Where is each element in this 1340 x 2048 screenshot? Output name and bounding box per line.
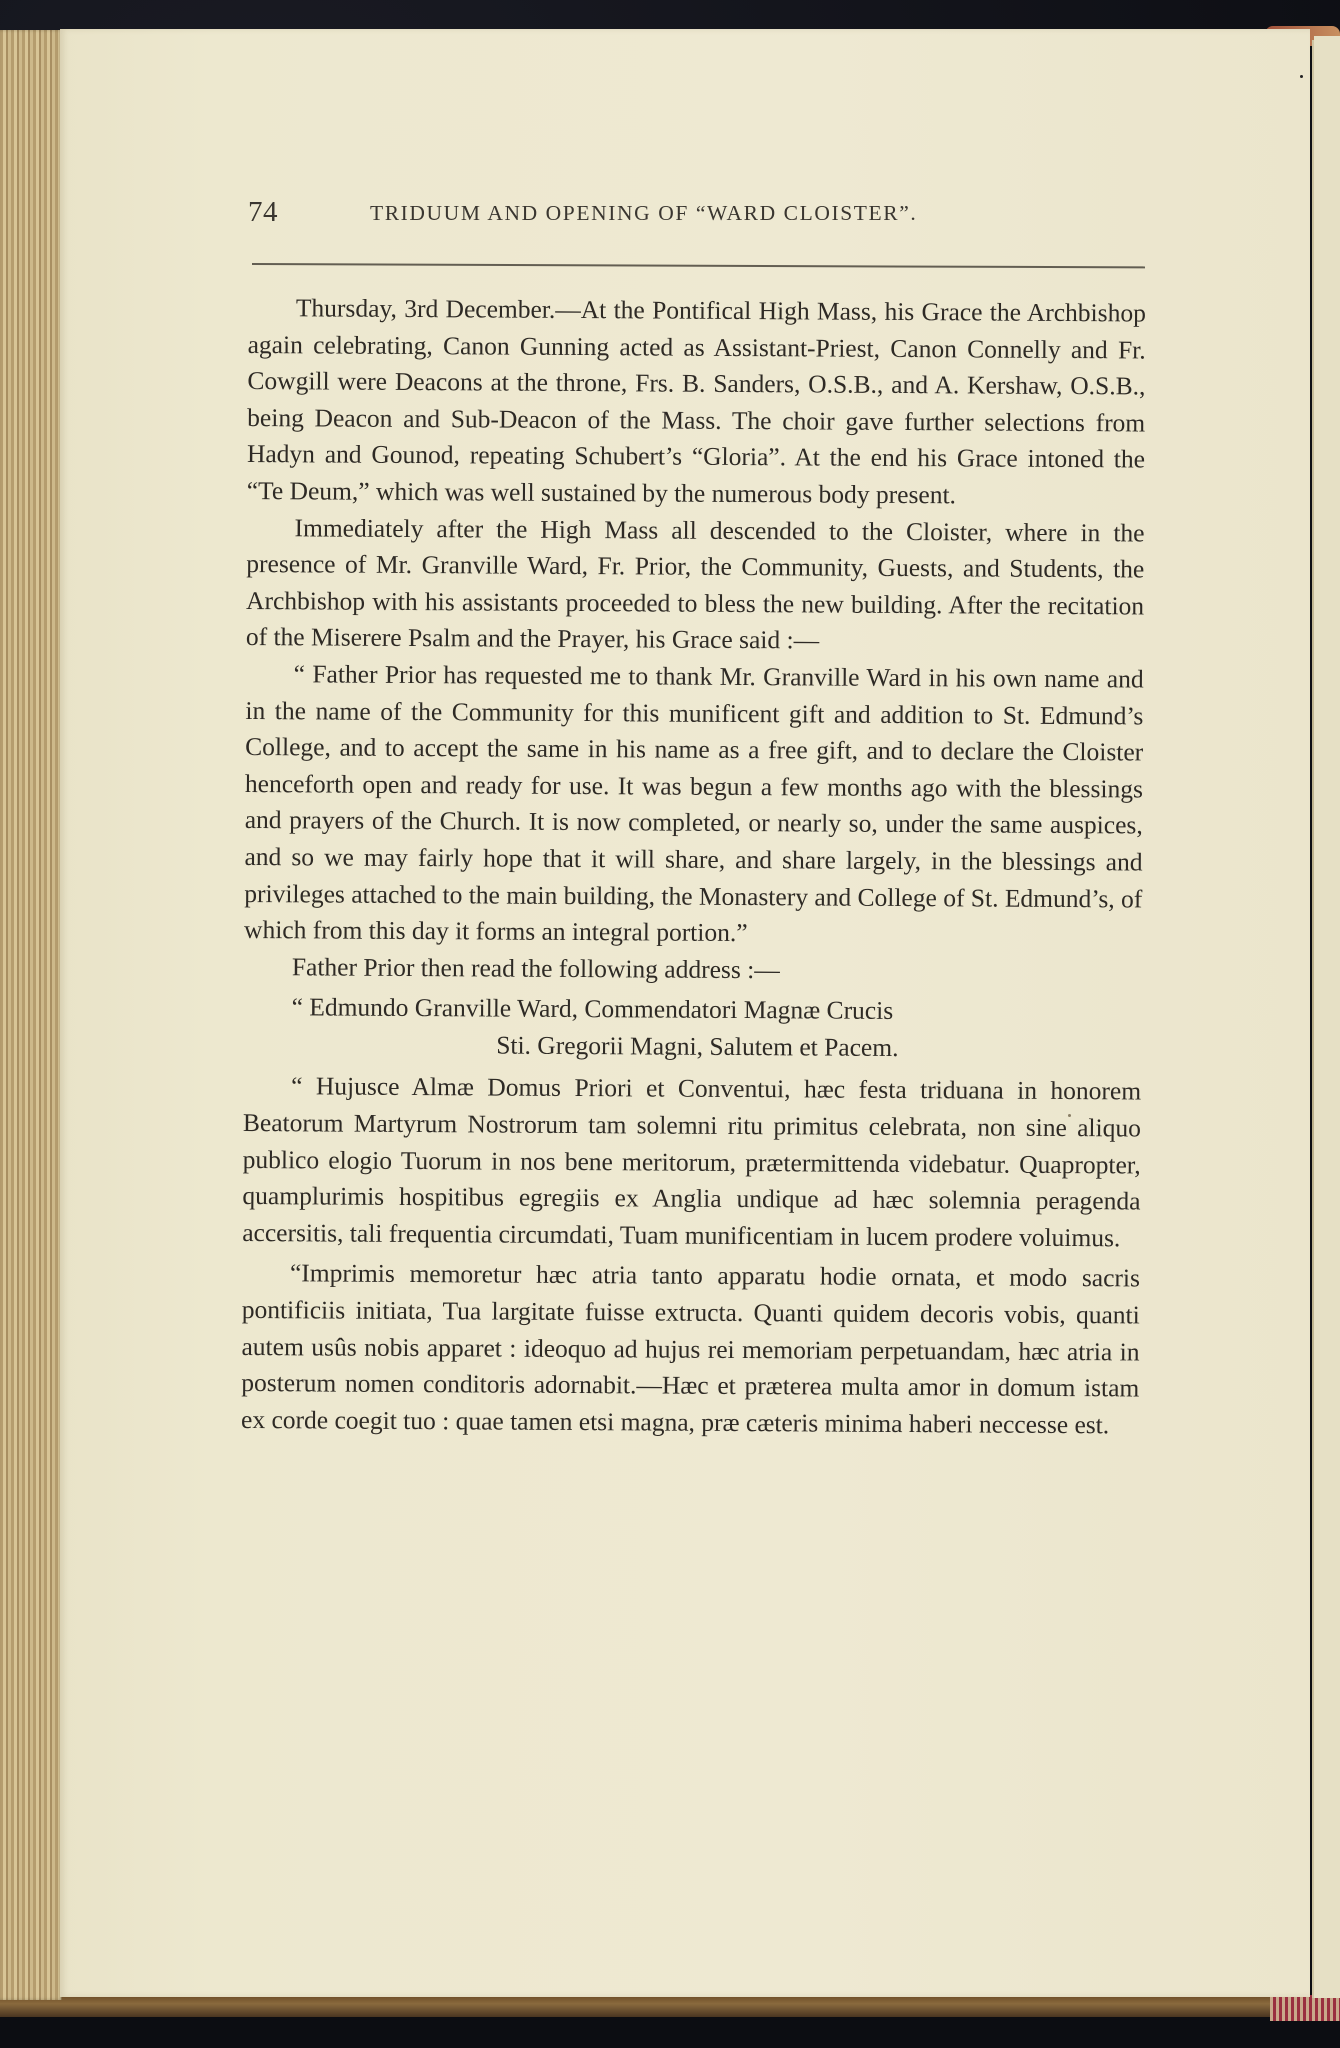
address-salutation: “ Edmundo Granville Ward, Commendatori M… bbox=[244, 989, 1142, 1031]
paragraph-prior-address-intro: Father Prior then read the following add… bbox=[244, 949, 1142, 991]
body-text: Thursday, 3rd December.—At the Pontifica… bbox=[241, 290, 1146, 1444]
address-salutation-continued: Sti. Gregorii Magni, Salutem et Pacem. bbox=[243, 1026, 1141, 1068]
page-gutter bbox=[1312, 40, 1314, 1998]
book-cover-edge-bottom bbox=[0, 1995, 1300, 2017]
paragraph-archbishop-speech: “ Father Prior has requested me to thank… bbox=[244, 656, 1144, 954]
paper-speck bbox=[1300, 75, 1303, 78]
paragraph-thursday-mass: Thursday, 3rd December.—At the Pontifica… bbox=[247, 290, 1146, 515]
running-title: TRIDUUM AND OPENING OF “WARD CLOISTER”. bbox=[370, 201, 917, 226]
paragraph-latin-hujusce: “ Hujusce Almæ Domus Priori et Conventui… bbox=[242, 1068, 1141, 1256]
facing-page-strip bbox=[1314, 36, 1340, 1998]
paper-speck bbox=[1068, 1114, 1071, 1117]
running-head: 74 TRIDUUM AND OPENING OF “WARD CLOISTER… bbox=[248, 196, 1158, 236]
page-number: 74 bbox=[248, 196, 278, 229]
book-scan: 74 TRIDUUM AND OPENING OF “WARD CLOISTER… bbox=[0, 0, 1340, 2048]
paragraph-blessing-cloister: Immediately after the High Mass all desc… bbox=[246, 510, 1145, 662]
paragraph-latin-imprimis: “Imprimis memoretur hæc atria tanto appa… bbox=[241, 1255, 1140, 1443]
stacked-page-edges bbox=[0, 30, 62, 2000]
book-cover-corner-bottom bbox=[1270, 1995, 1340, 2021]
